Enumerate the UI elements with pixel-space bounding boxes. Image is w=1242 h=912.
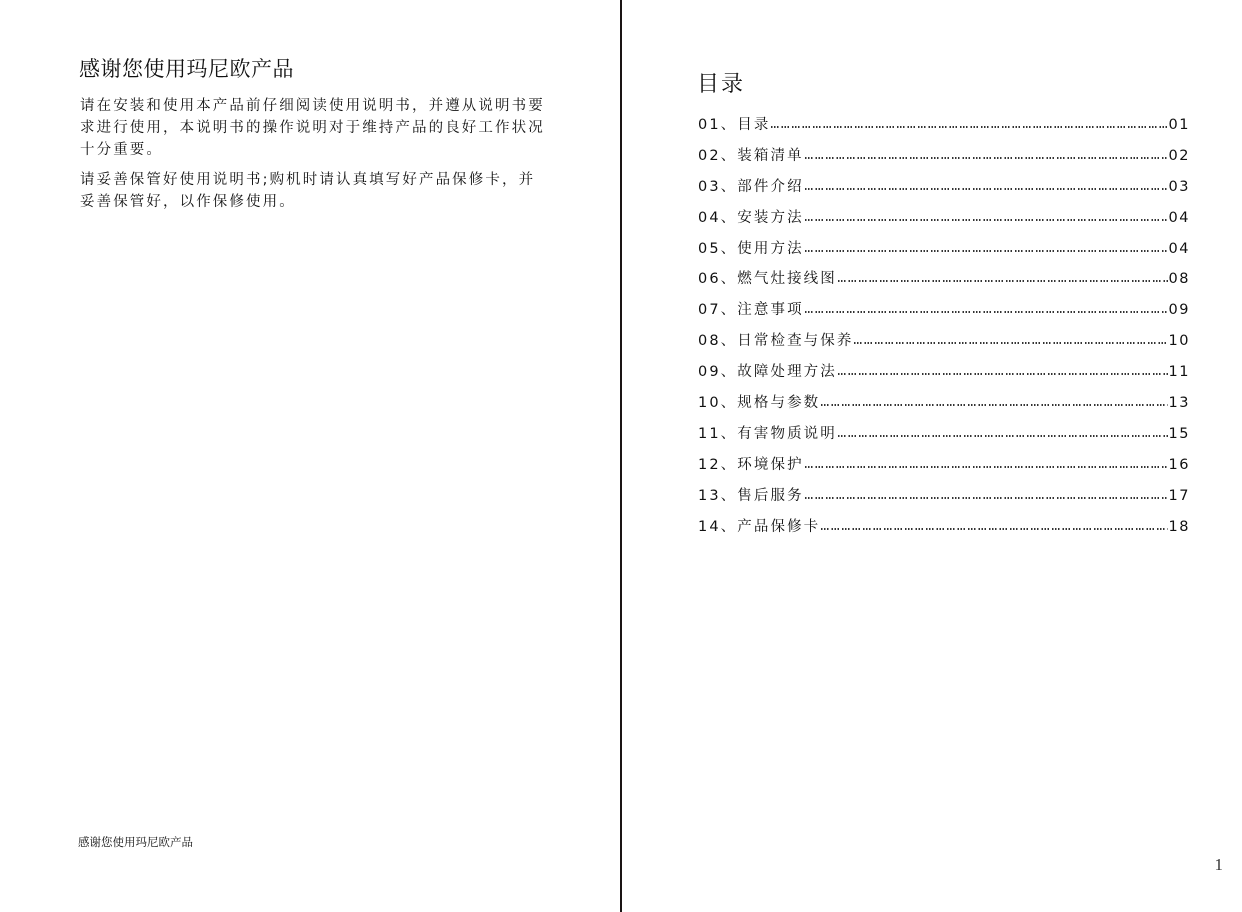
toc-item-label: 使用方法 <box>737 237 803 258</box>
dot-leader <box>805 219 1168 221</box>
toc-item-label: 日常检查与保养 <box>737 329 853 350</box>
dot-leader <box>854 342 1167 344</box>
toc-item[interactable]: 10、规格与参数13 <box>698 391 1190 422</box>
toc-item-number: 13、 <box>698 484 737 505</box>
toc-item-page: 01 <box>1169 117 1190 133</box>
dot-leader <box>805 188 1168 190</box>
dot-leader <box>805 250 1168 252</box>
dot-leader <box>821 528 1167 530</box>
toc-item-label: 部件介绍 <box>737 175 803 196</box>
dot-leader <box>821 404 1167 406</box>
toc-item-label: 环境保护 <box>737 453 803 474</box>
dot-leader <box>805 311 1168 313</box>
toc-item-label: 产品保修卡 <box>737 515 820 536</box>
toc-item[interactable]: 04、安装方法04 <box>698 206 1190 237</box>
dot-leader <box>838 280 1168 282</box>
toc-item-number: 07、 <box>698 298 737 319</box>
toc-item-number: 01、 <box>698 113 737 134</box>
toc-item-number: 11、 <box>698 422 737 443</box>
toc-item-number: 08、 <box>698 329 737 350</box>
toc-item[interactable]: 11、有害物质说明15 <box>698 422 1190 453</box>
dot-leader <box>805 497 1168 499</box>
left-page-title: 感谢您使用玛尼欧产品 <box>79 53 294 83</box>
toc-item-number: 06、 <box>698 267 737 288</box>
toc-item-label: 注意事项 <box>737 298 803 319</box>
warranty-paragraph: 请妥善保管好使用说明书;购机时请认真填写好产品保修卡，并妥善保管好，以作保修使用… <box>80 169 550 213</box>
toc-item-page: 11 <box>1169 364 1190 380</box>
toc-item-number: 12、 <box>698 453 737 474</box>
toc-item-label: 售后服务 <box>737 484 803 505</box>
toc-item-page: 08 <box>1169 271 1190 287</box>
toc-item[interactable]: 06、燃气灶接线图08 <box>698 267 1190 298</box>
toc-item[interactable]: 12、环境保护16 <box>698 453 1190 484</box>
toc-item[interactable]: 02、装箱清单02 <box>698 144 1190 175</box>
toc-item-number: 04、 <box>698 206 737 227</box>
toc-item-label: 故障处理方法 <box>737 360 837 381</box>
toc-item-page: 04 <box>1169 241 1190 257</box>
toc-item-page: 09 <box>1169 302 1190 318</box>
toc-item-label: 目录 <box>737 113 770 134</box>
toc-item-page: 10 <box>1169 333 1190 349</box>
toc-item[interactable]: 09、故障处理方法11 <box>698 360 1190 391</box>
toc-title: 目录 <box>697 67 745 98</box>
toc-item-page: 02 <box>1169 148 1190 164</box>
toc-item[interactable]: 14、产品保修卡18 <box>698 515 1190 546</box>
toc-item-page: 18 <box>1169 519 1190 535</box>
toc-item[interactable]: 07、注意事项09 <box>698 298 1190 329</box>
toc-item-page: 04 <box>1169 210 1190 226</box>
toc-item-number: 05、 <box>698 237 737 258</box>
left-page: 感谢您使用玛尼欧产品 请在安装和使用本产品前仔细阅读使用说明书，并遵从说明书要求… <box>0 0 621 912</box>
page-number: 1 <box>1215 855 1224 875</box>
dot-leader <box>771 126 1167 128</box>
dot-leader <box>805 466 1168 468</box>
toc-item-label: 燃气灶接线图 <box>737 267 837 288</box>
intro-paragraph: 请在安装和使用本产品前仔细阅读使用说明书，并遵从说明书要求进行使用，本说明书的操… <box>80 95 550 161</box>
toc-item-label: 规格与参数 <box>737 391 820 412</box>
toc-item[interactable]: 05、使用方法04 <box>698 237 1190 268</box>
toc-item-label: 装箱清单 <box>737 144 803 165</box>
toc-item-label: 有害物质说明 <box>737 422 837 443</box>
toc-item[interactable]: 03、部件介绍03 <box>698 175 1190 206</box>
toc-item-page: 17 <box>1169 488 1190 504</box>
toc-item[interactable]: 01、目录01 <box>698 113 1190 144</box>
toc-item-label: 安装方法 <box>737 206 803 227</box>
dot-leader <box>805 157 1168 159</box>
toc-item-page: 15 <box>1169 426 1190 442</box>
toc-item-page: 03 <box>1169 179 1190 195</box>
toc-item-number: 10、 <box>698 391 737 412</box>
toc-item-number: 09、 <box>698 360 737 381</box>
toc-item-number: 03、 <box>698 175 737 196</box>
toc-item-page: 16 <box>1169 457 1190 473</box>
toc-item-page: 13 <box>1169 395 1190 411</box>
dot-leader <box>838 435 1168 437</box>
toc-item-number: 14、 <box>698 515 737 536</box>
right-page: 目录 01、目录01 02、装箱清单02 03、部件介绍03 04、安装方法04… <box>622 0 1242 912</box>
dot-leader <box>838 373 1168 375</box>
toc-item[interactable]: 08、日常检查与保养10 <box>698 329 1190 360</box>
table-of-contents: 01、目录01 02、装箱清单02 03、部件介绍03 04、安装方法04 05… <box>698 113 1190 545</box>
left-page-footer: 感谢您使用玛尼欧产品 <box>78 834 193 850</box>
toc-item[interactable]: 13、售后服务17 <box>698 484 1190 515</box>
toc-item-number: 02、 <box>698 144 737 165</box>
